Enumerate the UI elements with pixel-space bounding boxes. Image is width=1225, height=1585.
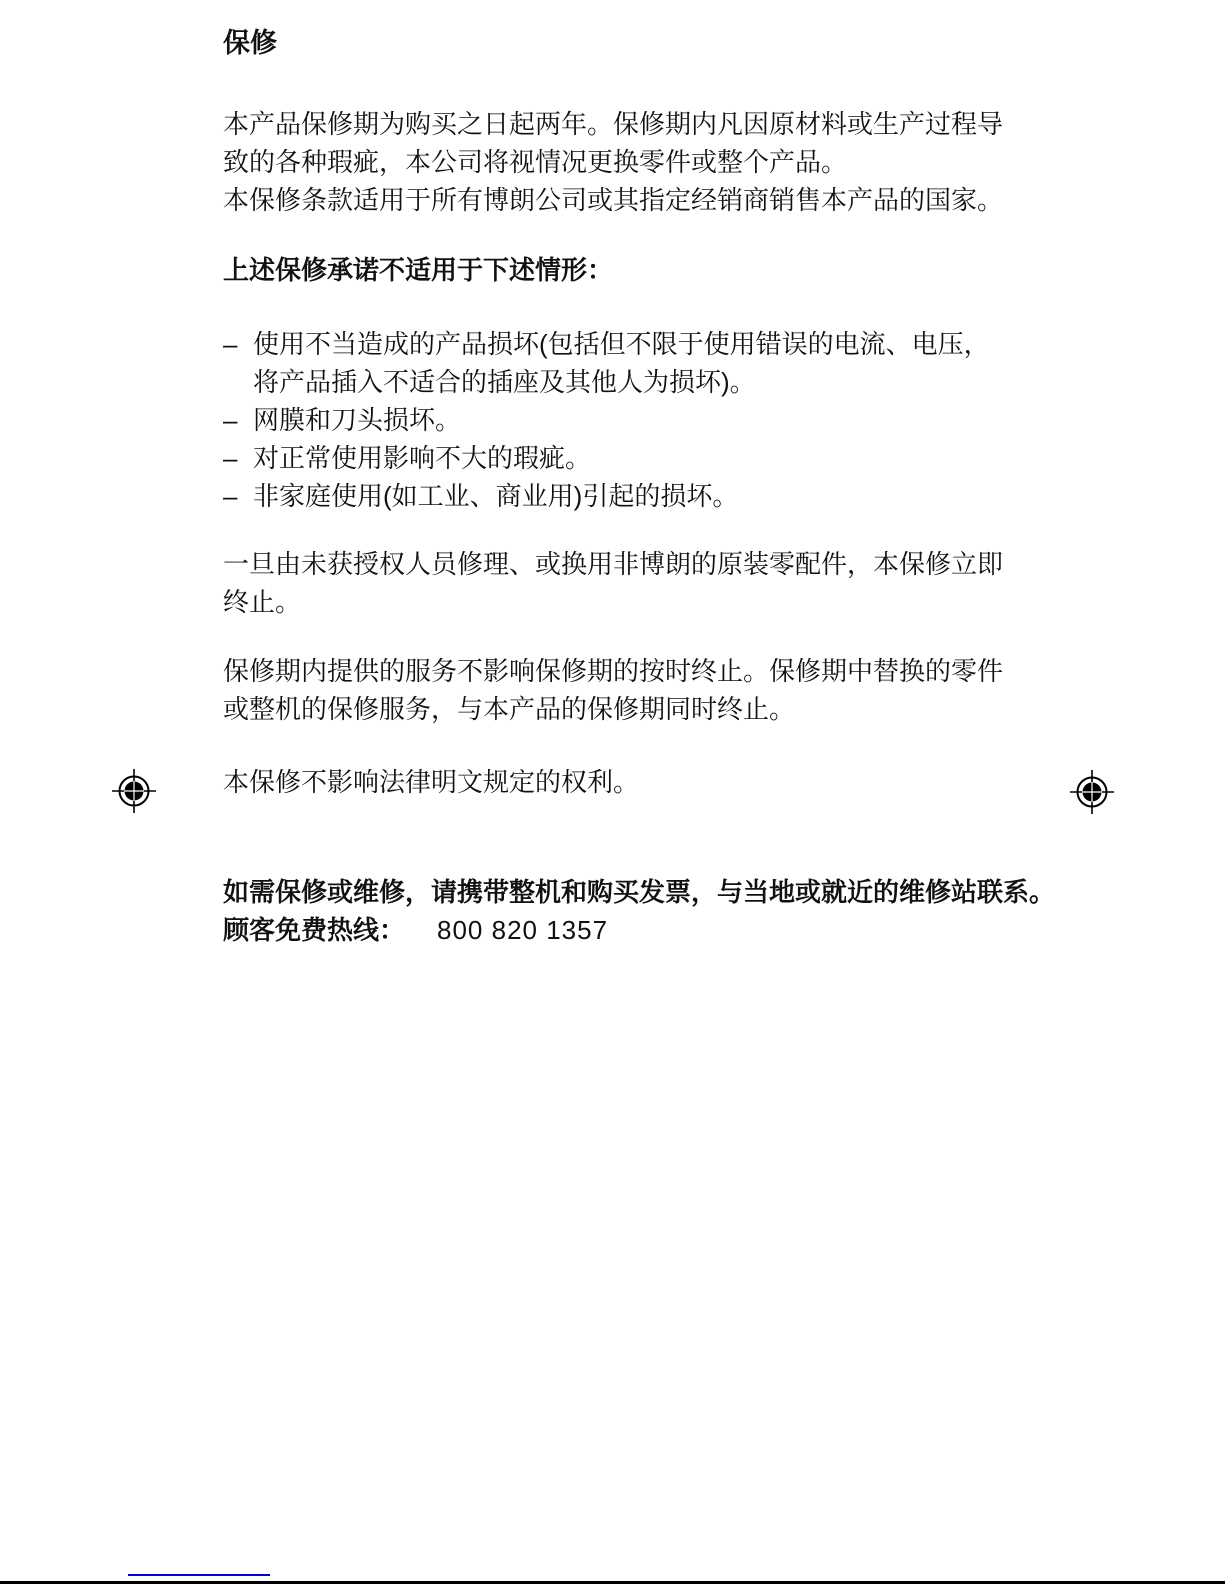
page-bottom-rule xyxy=(0,1581,1225,1584)
intro-line: 致的各种瑕疵，本公司将视情况更换零件或整个产品。 xyxy=(223,143,1023,181)
warranty-intro-paragraph: 本产品保修期为购买之日起两年。保修期内凡因原材料或生产过程导 致的各种瑕疵，本公… xyxy=(223,105,1023,219)
exclusion-text: 使用不当造成的产品损坏(包括但不限于使用错误的电流、电压， 将产品插入不适合的插… xyxy=(253,325,990,401)
intro-line: 本产品保修期为购买之日起两年。保修期内凡因原材料或生产过程导 xyxy=(223,105,1023,143)
exclusions-heading: 上述保修承诺不适用于下述情形： xyxy=(223,251,1023,289)
page-title: 保修 xyxy=(223,24,1023,62)
warranty-page-content: 保修 本产品保修期为购买之日起两年。保修期内凡因原材料或生产过程导 致的各种瑕疵… xyxy=(223,24,1023,949)
void-clause-line: 终止。 xyxy=(223,583,1023,621)
void-clause-line: 一旦由未获授权人员修理、或换用非博朗的原装零配件，本保修立即 xyxy=(223,545,1023,583)
exclusion-line: 非家庭使用(如工业、商业用)引起的损坏。 xyxy=(253,477,738,515)
exclusion-line: 对正常使用影响不大的瑕疵。 xyxy=(253,439,591,477)
bullet-dash-icon: – xyxy=(223,439,253,477)
bullet-dash-icon: – xyxy=(223,401,253,439)
exclusion-line: 将产品插入不适合的插座及其他人为损坏)。 xyxy=(253,363,990,401)
void-clause-paragraph: 一旦由未获授权人员修理、或换用非博朗的原装零配件，本保修立即 终止。 xyxy=(223,545,1023,621)
exclusion-item: – 使用不当造成的产品损坏(包括但不限于使用错误的电流、电压， 将产品插入不适合… xyxy=(223,325,1023,401)
rights-clause-paragraph: 本保修不影响法律明文规定的权利。 xyxy=(223,763,1023,801)
warranty-scope-line: 本保修条款适用于所有博朗公司或其指定经销商销售本产品的国家。 xyxy=(223,181,1023,219)
registration-mark-right-icon xyxy=(1069,769,1115,815)
hotline-label: 顾客免费热线： xyxy=(223,915,405,945)
service-clause-paragraph: 保修期内提供的服务不影响保修期的按时终止。保修期中替换的零件 或整机的保修服务，… xyxy=(223,652,1023,728)
exclusions-list: – 使用不当造成的产品损坏(包括但不限于使用错误的电流、电压， 将产品插入不适合… xyxy=(223,325,1023,515)
bullet-dash-icon: – xyxy=(223,477,253,515)
bullet-dash-icon: – xyxy=(223,325,253,363)
contact-instruction: 如需保修或维修，请携带整机和购买发票，与当地或就近的维修站联系。 xyxy=(223,873,1023,911)
exclusion-item: – 非家庭使用(如工业、商业用)引起的损坏。 xyxy=(223,477,1023,515)
exclusion-line: 使用不当造成的产品损坏(包括但不限于使用错误的电流、电压， xyxy=(253,325,990,363)
exclusion-item: – 对正常使用影响不大的瑕疵。 xyxy=(223,439,1023,477)
footer-link-underline xyxy=(128,1574,270,1576)
service-clause-line: 或整机的保修服务，与本产品的保修期同时终止。 xyxy=(223,690,1023,728)
registration-mark-left-icon xyxy=(111,768,157,814)
exclusion-item: – 网膜和刀头损坏。 xyxy=(223,401,1023,439)
hotline-line: 顾客免费热线：800 820 1357 xyxy=(223,911,1023,949)
service-clause-line: 保修期内提供的服务不影响保修期的按时终止。保修期中替换的零件 xyxy=(223,652,1023,690)
hotline-number: 800 820 1357 xyxy=(437,915,608,945)
exclusion-line: 网膜和刀头损坏。 xyxy=(253,401,461,439)
